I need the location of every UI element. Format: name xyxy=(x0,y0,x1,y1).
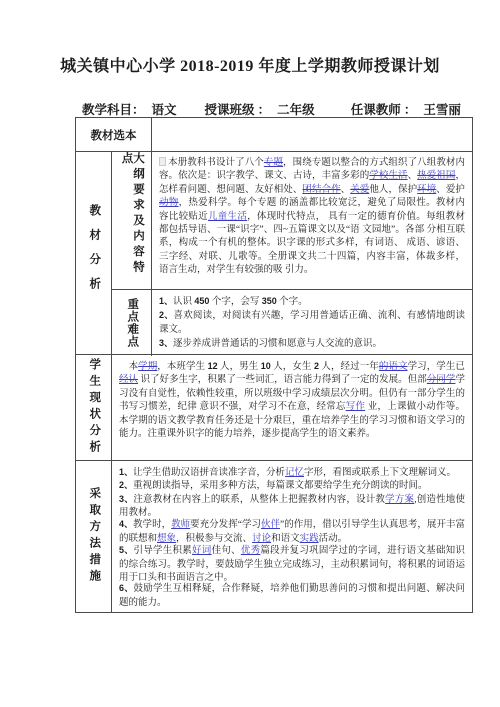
teacher-label: 任课教师 ： xyxy=(351,100,417,118)
marked-text: 记忆 xyxy=(285,468,304,478)
marked-text: 专题 xyxy=(264,158,283,168)
marked-text: 学期 xyxy=(138,362,157,372)
marked-text: 优秀 xyxy=(241,546,261,556)
marked-text: 10 xyxy=(261,361,271,371)
text-segment: 和语文 xyxy=(271,534,300,544)
text-segment: 个字，会写 xyxy=(209,297,261,307)
marked-text: 4、 xyxy=(119,519,133,529)
marked-text: 12 xyxy=(208,361,218,371)
marked-text: 1、 xyxy=(119,467,133,477)
marked-text: 伙伴 xyxy=(261,520,280,530)
text-segment: 识了好多生字，积累了一些词汇，语言能力得到了一定的发展。但部 xyxy=(138,375,427,385)
text-segment: 鼓励学生互相释疑，合作释疑，培养他们勤思善问的习惯和提出问题、解决问题的能力。 xyxy=(119,584,465,607)
row-textbook-selection: 教材选本 xyxy=(76,118,472,151)
subrow-outline-requirements: 大纲要求及内容特点 本册教科书设计了八个专题，围绕专题以整合的方式组织了八组教材… xyxy=(112,152,472,290)
students-content: 本学期，本班学生 12 人，男生 10 人，女生 2 人，经过一年的语文学习，学… xyxy=(112,355,472,460)
analysis-right: 大纲要求及内容特点 本册教科书设计了八个专题，围绕专题以整合的方式组织了八组教材… xyxy=(112,152,472,354)
marked-text: 动物 xyxy=(159,198,179,208)
textbook-selection-label: 教材选本 xyxy=(76,118,152,151)
marked-text: 2、 xyxy=(159,310,173,320)
marked-text: 讨论 xyxy=(252,534,271,544)
outline-label: 大纲要求及内容特点 xyxy=(120,152,143,289)
class-value: 二年级 xyxy=(277,100,315,118)
class-label: 授课班级 ： xyxy=(205,100,271,118)
text-segment: 学习，学生已 xyxy=(408,362,465,372)
text-segment: 注意教材在内容上的联系，从整体上把握教材内容，设计教 xyxy=(133,495,385,505)
text-segment: 活动。 xyxy=(319,534,348,544)
students-label: 学生现状分析 xyxy=(88,358,100,457)
text-segment: 要充分发挥“学习 xyxy=(190,520,261,530)
text-segment: 人，男生 xyxy=(218,362,261,372)
marked-text: 6、 xyxy=(119,583,134,593)
marked-text: 关爱 xyxy=(350,185,369,195)
text-segment: 、 xyxy=(408,171,418,181)
marked-text: 1、 xyxy=(159,296,173,306)
methods-label: 采取方法措施 xyxy=(88,487,100,586)
meta-class: 授课班级 ：二年级 xyxy=(205,100,315,118)
text-segment: 重视朗读指导，采用多种方法，每篇课文都要给学生充分朗读的时间。 xyxy=(133,481,428,491)
methods-content: 1、让学生借助汉语拼音读准字音，分析记忆字形，看图或联系上下文理解词义。2、重视… xyxy=(112,461,472,612)
marked-text: 热爱祖国 xyxy=(417,171,455,181)
outline-label-cell: 大纲要求及内容特点 xyxy=(112,152,152,289)
text-segment: 喜欢阅读，对阅读有兴趣，学习用普通话正确、流利、有感情地朗读课文。 xyxy=(159,311,465,334)
marked-text: 经认 xyxy=(119,375,138,385)
marked-text: 学方案 xyxy=(385,495,414,505)
meta-teacher: 任课教师 ：王雪丽 xyxy=(351,100,461,118)
keypoints-label: 重点难点 xyxy=(126,298,138,348)
text-line: 2、喜欢阅读，对阅读有兴趣，学习用普通话正确、流利、有感情地朗读课文。 xyxy=(159,309,465,337)
text-line: 1、让学生借助汉语拼音读准字音，分析记忆字形，看图或联系上下文理解词义。 xyxy=(119,466,465,479)
text-segment: ，本班学生 xyxy=(157,362,207,372)
marked-text: 5、 xyxy=(119,545,134,555)
text-segment: ，积极参与交流、 xyxy=(176,534,252,544)
text-line: 2、重视朗读指导，采用多种方法，每篇课文都要给学生充分朗读的时间。 xyxy=(119,479,465,492)
text-line: 3、逐步养成讲普通话的习惯和愿意与人交流的意识。 xyxy=(159,337,465,351)
text-segment: 佳句、 xyxy=(212,546,241,556)
text-segment: 个字。 xyxy=(277,297,308,307)
text-segment: 、 xyxy=(341,185,351,195)
outline-content: 本册教科书设计了八个专题，围绕专题以整合的方式组织了八组教材内容。依次是：识字教… xyxy=(152,152,472,289)
subject-value: 语文 xyxy=(152,100,177,118)
analysis-label: 教材分析 xyxy=(88,204,100,302)
row-textbook-analysis: 教材分析 大纲要求及内容特点 本册教科书设计了八个专题，围绕专题以整合的方式组织… xyxy=(76,151,472,354)
text-line: 4、教学时，教师要充分发挥“学习伙伴”的作用，借以引导学生认真思考，展开丰富的联… xyxy=(119,518,465,544)
text-segment: 认识 xyxy=(173,297,194,307)
marked-text: 实践 xyxy=(300,534,319,544)
marked-text: 写作 xyxy=(346,402,365,412)
students-label-cell: 学生现状分析 xyxy=(76,355,112,460)
analysis-label-cell: 教材分析 xyxy=(76,152,112,354)
text-segment: 人，经过一年 xyxy=(319,362,379,372)
marked-text: 3、 xyxy=(119,494,133,504)
marked-text: 的语文 xyxy=(379,362,408,372)
text-segment: 他人，保护 xyxy=(369,185,417,195)
page-title: 城关镇中心小学 2018-2019 年度上学期教师授课计划 xyxy=(0,53,500,76)
row-student-status: 学生现状分析 本学期，本班学生 12 人，男生 10 人，女生 2 人，经过一年… xyxy=(76,354,472,460)
subject-label: 教学科目： xyxy=(82,100,145,118)
text-segment: 本 xyxy=(119,362,138,372)
row-methods-measures: 采取方法措施 1、让学生借助汉语拼音读准字音，分析记忆字形，看图或联系上下文理解… xyxy=(76,460,472,612)
text-segment: 引导学生积累 xyxy=(134,546,193,556)
text-segment: 人，女生 xyxy=(271,362,314,372)
textbook-selection-value xyxy=(152,118,472,151)
keypoints-content: 1、认识 450 个字，会写 350 个字。2、喜欢阅读，对阅读有兴趣，学习用普… xyxy=(152,290,472,356)
text-line: 1、认识 450 个字，会写 350 个字。 xyxy=(159,295,465,309)
text-segment: 教学时， xyxy=(133,520,171,530)
marked-text: 3、 xyxy=(159,338,173,348)
text-segment: 本册教科书设计了八个 xyxy=(168,158,264,168)
text-line: 5、引导学生积累好词佳句、优秀篇段并复习巩固学过的字词，进行语文基础知识的综合练… xyxy=(119,544,465,582)
text-segment: 字形，看图或联系上下文理解词义。 xyxy=(304,468,456,478)
text-line: 6、鼓励学生互相释疑，合作释疑，培养他们勤思善问的习惯和提出问题、解决问题的能力… xyxy=(119,582,465,608)
text-segment: 、爱护 xyxy=(436,185,465,195)
marked-text: 想象 xyxy=(157,534,176,544)
marked-text: 450 xyxy=(194,296,209,306)
meta-row: 教学科目：语文 授课班级 ：二年级 任课教师 ：王雪丽 xyxy=(82,100,500,118)
marked-text: 环境 xyxy=(417,185,436,195)
marked-text: 儿童生活 xyxy=(208,212,247,222)
marked-text: 学校生活 xyxy=(369,171,407,181)
keypoints-label-cell: 重点难点 xyxy=(112,290,152,356)
lesson-plan-table: 教材选本 教材分析 大纲要求及内容特点 本册教科书设计了八个专题，围绕专题以整合… xyxy=(75,117,473,613)
marked-text: 好词 xyxy=(192,546,212,556)
teacher-value: 王雪丽 xyxy=(423,100,461,118)
marked-text: 分同学 xyxy=(427,375,456,385)
methods-label-cell: 采取方法措施 xyxy=(76,461,112,612)
text-line: 3、注意教材在内容上的联系，从整体上把握教材内容，设计教学方案,创造性地使用教材… xyxy=(119,493,465,519)
text-segment: 让学生借助汉语拼音读准字音，分析 xyxy=(133,468,285,478)
marked-text: 2、 xyxy=(119,480,133,490)
marked-text: 350 xyxy=(262,296,277,306)
marked-text: 教师 xyxy=(171,520,190,530)
marked-text: 团结合作 xyxy=(302,185,340,195)
text-segment: 逐步养成讲普通话的习惯和愿意与人交流的意识。 xyxy=(173,339,382,349)
subrow-keypoints: 重点难点 1、认识 450 个字，会写 350 个字。2、喜欢阅读，对阅读有兴趣… xyxy=(112,290,472,356)
meta-subject: 教学科目：语文 xyxy=(82,100,177,118)
checkbox-artifact-icon xyxy=(159,157,166,166)
